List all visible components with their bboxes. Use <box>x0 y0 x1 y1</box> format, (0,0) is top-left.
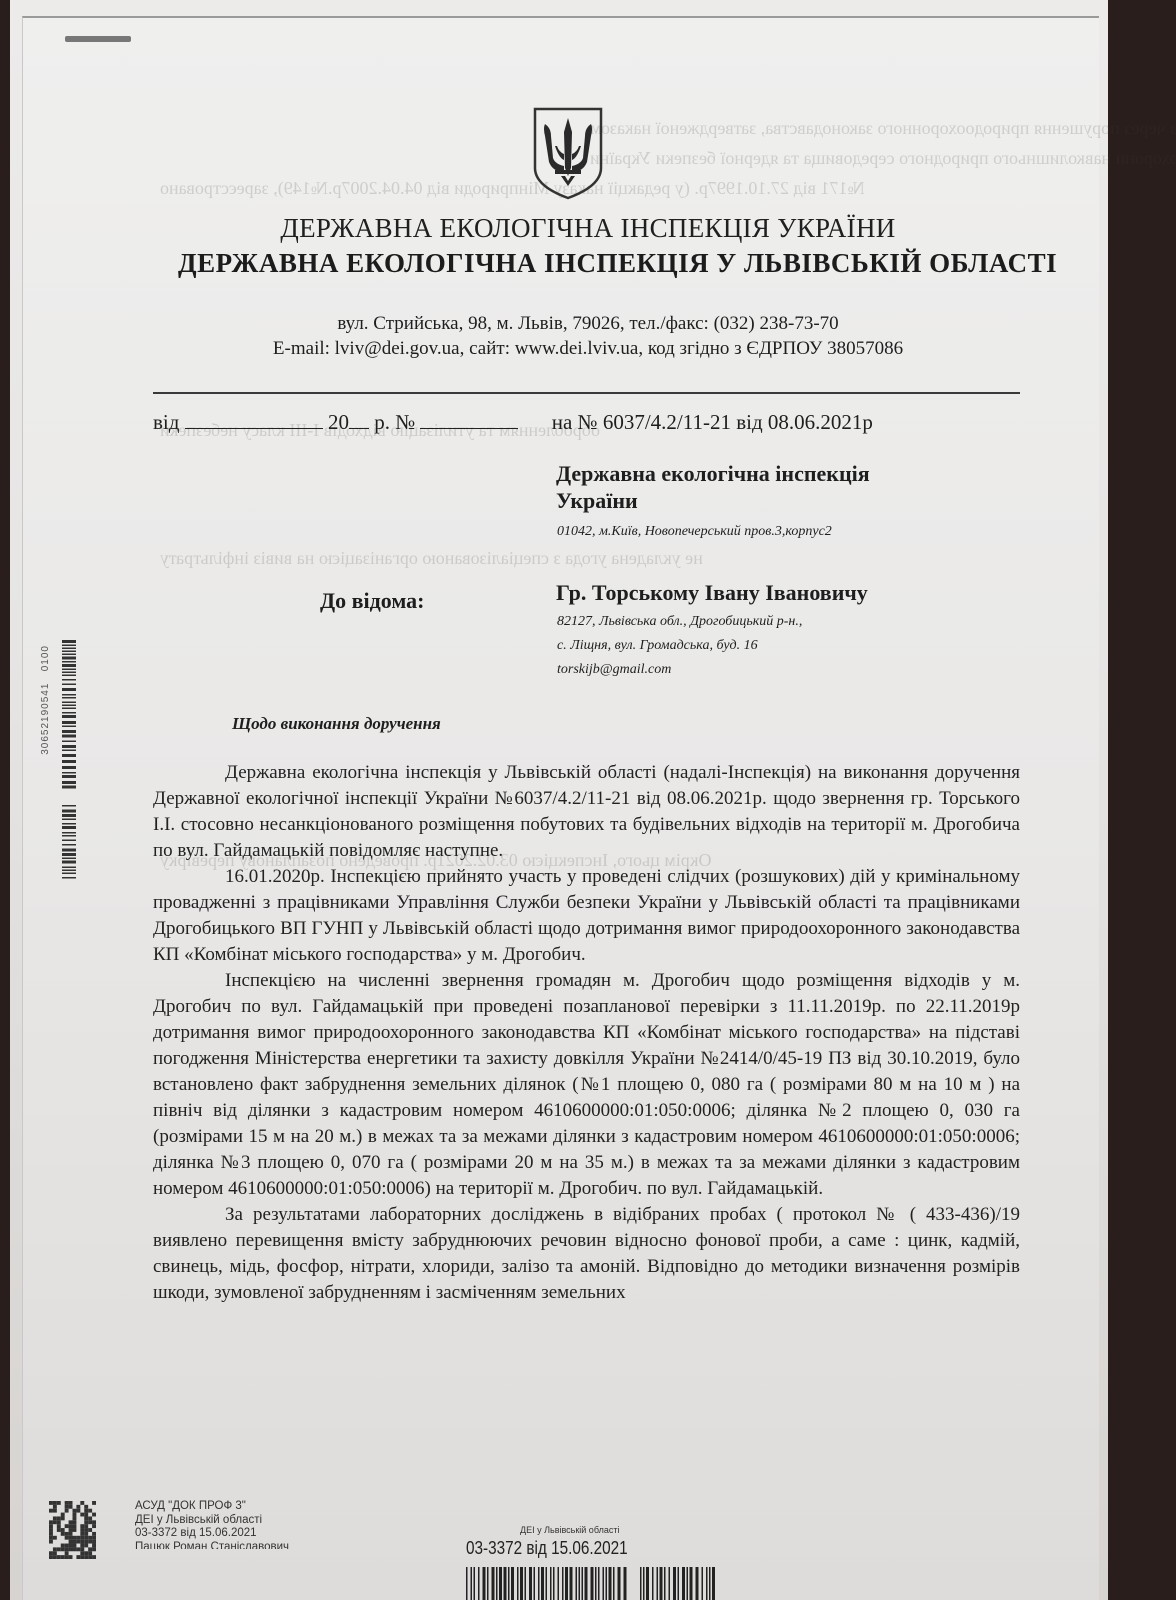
side-barcode-digits: 30652190541 0100 <box>40 645 51 755</box>
year-blank-field <box>349 410 369 429</box>
letter-subject: Щодо виконання доручення <box>232 714 441 734</box>
org-contacts: E-mail: lviv@dei.gov.ua, сайт: www.dei.l… <box>0 338 1176 360</box>
number-blank-field <box>420 410 518 429</box>
date-blank-field <box>185 410 323 429</box>
for-info-address-line: с. Ліщня, вул. Громадська, буд. 16 <box>557 638 758 654</box>
body-paragraph: Державна екологічна інспекція у Львівськ… <box>153 760 1020 864</box>
registration-barcode <box>462 1567 720 1600</box>
asud-line: ДЕІ у Львівській області <box>135 1514 289 1528</box>
org-regional-title: ДЕРЖАВНА ЕКОЛОГІЧНА ІНСПЕКЦІЯ У ЛЬВІВСЬК… <box>178 248 1057 279</box>
side-barcode <box>62 640 76 880</box>
org-national-title: ДЕРЖАВНА ЕКОЛОГІЧНА ІНСПЕКЦІЯ УКРАЇНИ <box>0 213 1176 244</box>
bleed-through-text: №171 від 27.10.1997р. (у редакції наказу… <box>160 178 865 199</box>
qr-code <box>49 1501 96 1559</box>
staple-mark <box>65 36 131 42</box>
from-label: від <box>153 410 179 434</box>
body-paragraph: За результатами лабораторних досліджень … <box>153 1202 1020 1306</box>
side-barcode-suffix: 0100 <box>40 645 51 671</box>
bleed-through-text: ресурсів через порушення природоохоронно… <box>590 118 1176 139</box>
recipient-address: 01042, м.Київ, Новопечерський пров.3,кор… <box>557 524 832 540</box>
reply-reference: на № 6037/4.2/11-21 від 08.06.2021р <box>552 410 873 434</box>
asud-line: АСУД "ДОК ПРОФ 3" <box>135 1500 289 1514</box>
side-barcode-number: 30652190541 <box>40 683 51 755</box>
registration-org: ДЕІ у Львівській області <box>520 1525 619 1535</box>
recipient-name: Державна екологічна інспекція України <box>556 460 896 514</box>
asud-line: Пацюк Роман Станіславович <box>135 1541 289 1549</box>
registration-number: 03-3372 від 15.06.2021 <box>466 1538 628 1559</box>
for-info-address-line: 82127, Львівська обл., Дрогобицький р-н.… <box>557 614 802 630</box>
for-info-label: До відома: <box>320 588 425 614</box>
reference-row: від 20 р. № на № 6037/4.2/11-21 від 08.0… <box>153 410 873 435</box>
asud-line: 03-3372 від 15.06.2021 <box>135 1527 289 1541</box>
body-paragraph: 16.01.2020р. Інспекцією прийнято участь … <box>153 864 1020 968</box>
number-label: р. № <box>374 410 415 434</box>
letterhead-divider <box>153 392 1020 394</box>
bleed-through-text: Міністерства охорони навколишнього приро… <box>590 148 1176 169</box>
org-address: вул. Стрийська, 98, м. Львів, 79026, тел… <box>0 313 1176 335</box>
asud-stamp: АСУД "ДОК ПРОФ 3" ДЕІ у Львівській облас… <box>135 1500 289 1549</box>
for-info-name: Гр. Торському Івану Івановичу <box>556 580 868 606</box>
trident-emblem-icon <box>531 106 605 200</box>
body-paragraph: Інспекцією на численні звернення громадя… <box>153 968 1020 1202</box>
bleed-through-text: не укладена угода з спеціалізованою орга… <box>160 548 703 569</box>
for-info-email: torskijb@gmail.com <box>557 662 671 678</box>
year-prefix: 20 <box>328 410 349 434</box>
letter-body: Державна екологічна інспекція у Львівськ… <box>153 760 1020 1306</box>
